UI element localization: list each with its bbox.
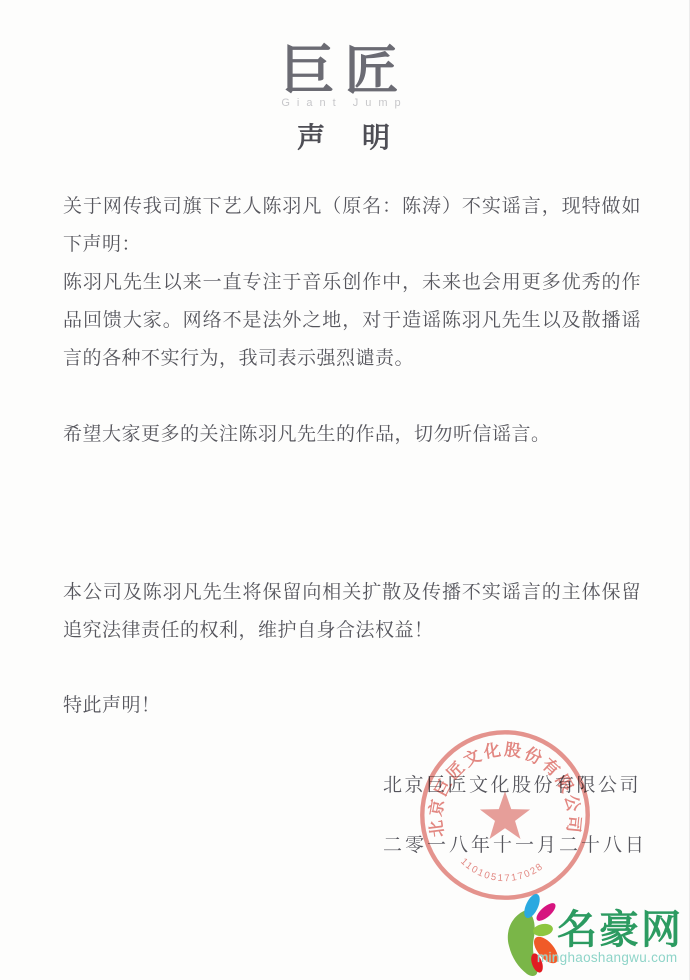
paragraph-intro: 关于网传我司旗下艺人陈羽凡（原名：陈涛）不实谣言，现特做如下声明： xyxy=(63,188,641,264)
paragraph-hope: 希望大家更多的关注陈羽凡先生的作品，切勿听信谣言。 xyxy=(63,416,641,454)
page-title: 声 明 xyxy=(0,116,689,156)
seal-star-icon xyxy=(480,791,530,839)
paragraph-legal: 本公司及陈羽凡先生将保留向相关扩散及传播不实谣言的主体保留追究法律责任的权利，维… xyxy=(63,574,641,650)
company-seal-stamp: 北京巨匠文化股份有限公司 1101051717028 xyxy=(417,727,593,903)
watermark-site-name: 名豪网 xyxy=(557,898,683,955)
seal-serial-number: 1101051717028 xyxy=(458,856,546,884)
paragraph-closing: 特此声明！ xyxy=(63,687,641,725)
svg-text:1101051717028: 1101051717028 xyxy=(458,856,546,884)
site-watermark: 名豪网 minghaoshangwu.com xyxy=(499,890,687,978)
paragraph-condemnation: 陈羽凡先生以来一直专注于音乐创作中，未来也会用更多优秀的作品回馈大家。网络不是法… xyxy=(63,264,641,378)
statement-body: 关于网传我司旗下艺人陈羽凡（原名：陈涛）不实谣言，现特做如下声明： 陈羽凡先生以… xyxy=(63,188,641,725)
company-logo: 巨匠 xyxy=(0,28,689,105)
watermark-site-url: minghaoshangwu.com xyxy=(537,950,677,965)
statement-document: 巨匠 Giant Jump 声 明 关于网传我司旗下艺人陈羽凡（原名：陈涛）不实… xyxy=(0,0,690,980)
company-logo-subtitle: Giant Jump xyxy=(0,97,689,109)
